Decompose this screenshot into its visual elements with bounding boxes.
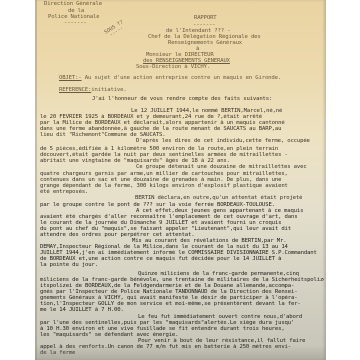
objet-line: OBJET:- Au sujet d'une action entreprise… [59, 75, 281, 81]
body-line: me le 14 JUILLET à 7 H.00. [40, 307, 124, 313]
body-line: été entreposés. [40, 189, 88, 195]
objet-label: OBJET:- [59, 75, 82, 81]
body-line: Ce groupe détenait une douzaine de mitra… [136, 164, 307, 170]
reference-text: initiative. [91, 87, 126, 93]
reference-line: REFERENCE:initiative. [59, 87, 127, 93]
body-line: la pointe du jour. [40, 262, 98, 268]
body-line: BERTIN déclara,en outre,qu'un attentat é… [135, 195, 302, 201]
header-rule: ------- [64, 20, 87, 26]
body-line: D'après les dires de cet individu,cette … [136, 138, 310, 144]
reference-label: REFERENCE: [59, 87, 91, 93]
report-heading: RAPPORT [194, 15, 217, 21]
report-to-3: Sous-Direction à VICHY. [136, 64, 210, 70]
report-from-3: Renseignements Généraux [168, 40, 242, 46]
header-direction: Direction Générale [44, 1, 102, 7]
objet-text: Au sujet d'une action entreprise contre … [85, 75, 281, 81]
body-line: J'ai l'honneur de vous rendre compte des… [92, 96, 272, 102]
page-bottom-shadow [35, 345, 326, 360]
page-edge [35, 0, 37, 360]
